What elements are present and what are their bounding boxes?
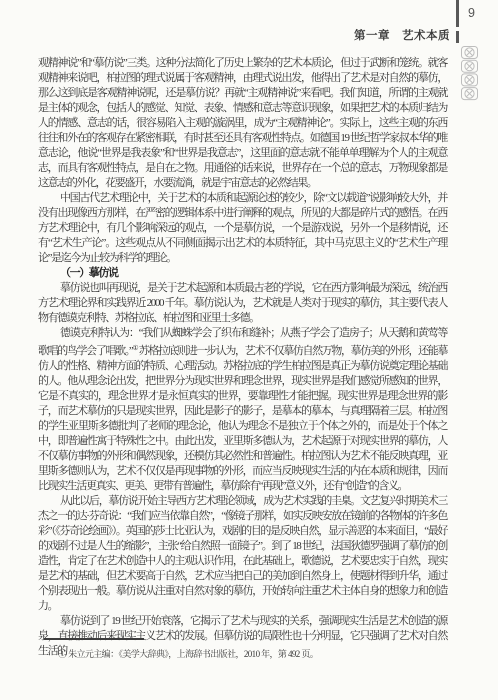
page-number: 9 <box>468 6 475 20</box>
body-paragraph: 从此以后，摹仿说开始主导西方艺术理论领域，成为艺术实践的圭臬。文艺复兴时期美术三… <box>38 494 447 614</box>
paragraph-segment: 苏格拉底则进一步认为，艺术不仅摹仿自然万物，摹仿美的外形，还能摹仿人的性格、精神… <box>38 345 447 492</box>
body-paragraph: 观精神说”和“摹仿说”三类。这种分法简化了历史上繁杂的艺术本质论，但过于武断和笼… <box>38 56 447 191</box>
footnote-divider <box>44 638 144 640</box>
footnote: ① 朱立元主编：《美学大辞典》，上海辞书出版社，2010 年，第 492 页。 <box>58 648 448 661</box>
body-paragraph: 摹仿说也叫再现说，是关于艺术起源和本质最古老的学说，它在西方影响最为深远，统治西… <box>38 281 447 326</box>
footnote-marker: ① <box>58 649 66 659</box>
chapter-title: 第一章 艺术本质 <box>354 27 450 43</box>
section-heading: （一）摹仿说 <box>38 266 447 281</box>
body-paragraph: 德谟克利特认为：“我们从蜘蛛学会了织布和缝补；从燕子学会了造房子；从天鹅和黄莺等… <box>38 326 447 494</box>
chain-ornament-icon <box>460 45 479 106</box>
header-rule-short <box>456 31 459 43</box>
header-rule-long <box>456 0 459 27</box>
book-page: 9 第一章 艺术本质 <box>0 0 498 700</box>
footnote-text: 朱立元主编：《美学大辞典》，上海辞书出版社，2010 年，第 492 页。 <box>68 649 318 659</box>
body-text: 观精神说”和“摹仿说”三类。这种分法简化了历史上繁杂的艺术本质论，但过于武断和笼… <box>38 56 447 659</box>
body-paragraph: 中国古代艺术理论中，关于艺术的本质和起源论述的较少，除“文以载道”说影响较大外，… <box>38 191 447 266</box>
